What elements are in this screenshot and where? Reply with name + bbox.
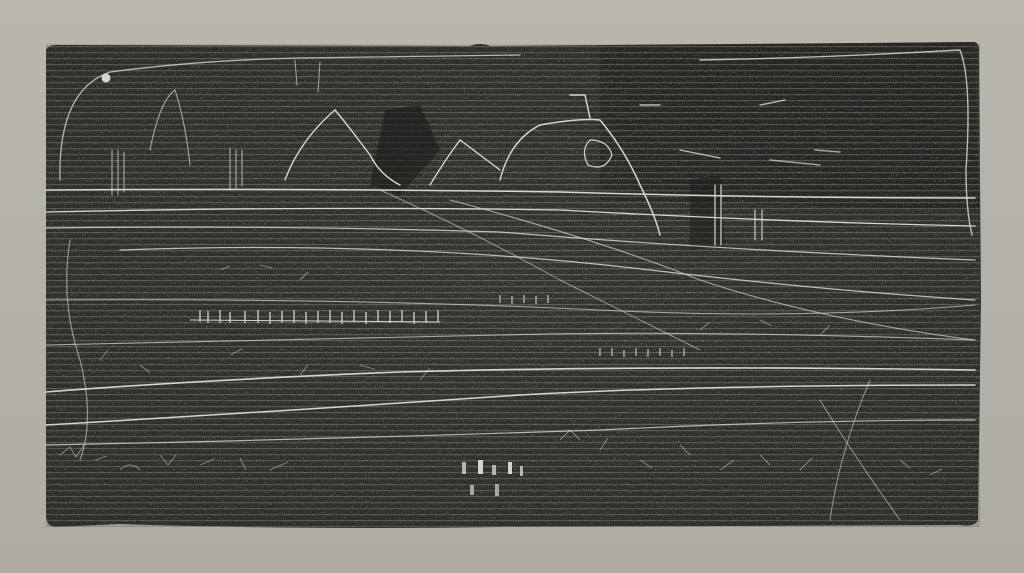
print-artwork xyxy=(0,0,1024,573)
